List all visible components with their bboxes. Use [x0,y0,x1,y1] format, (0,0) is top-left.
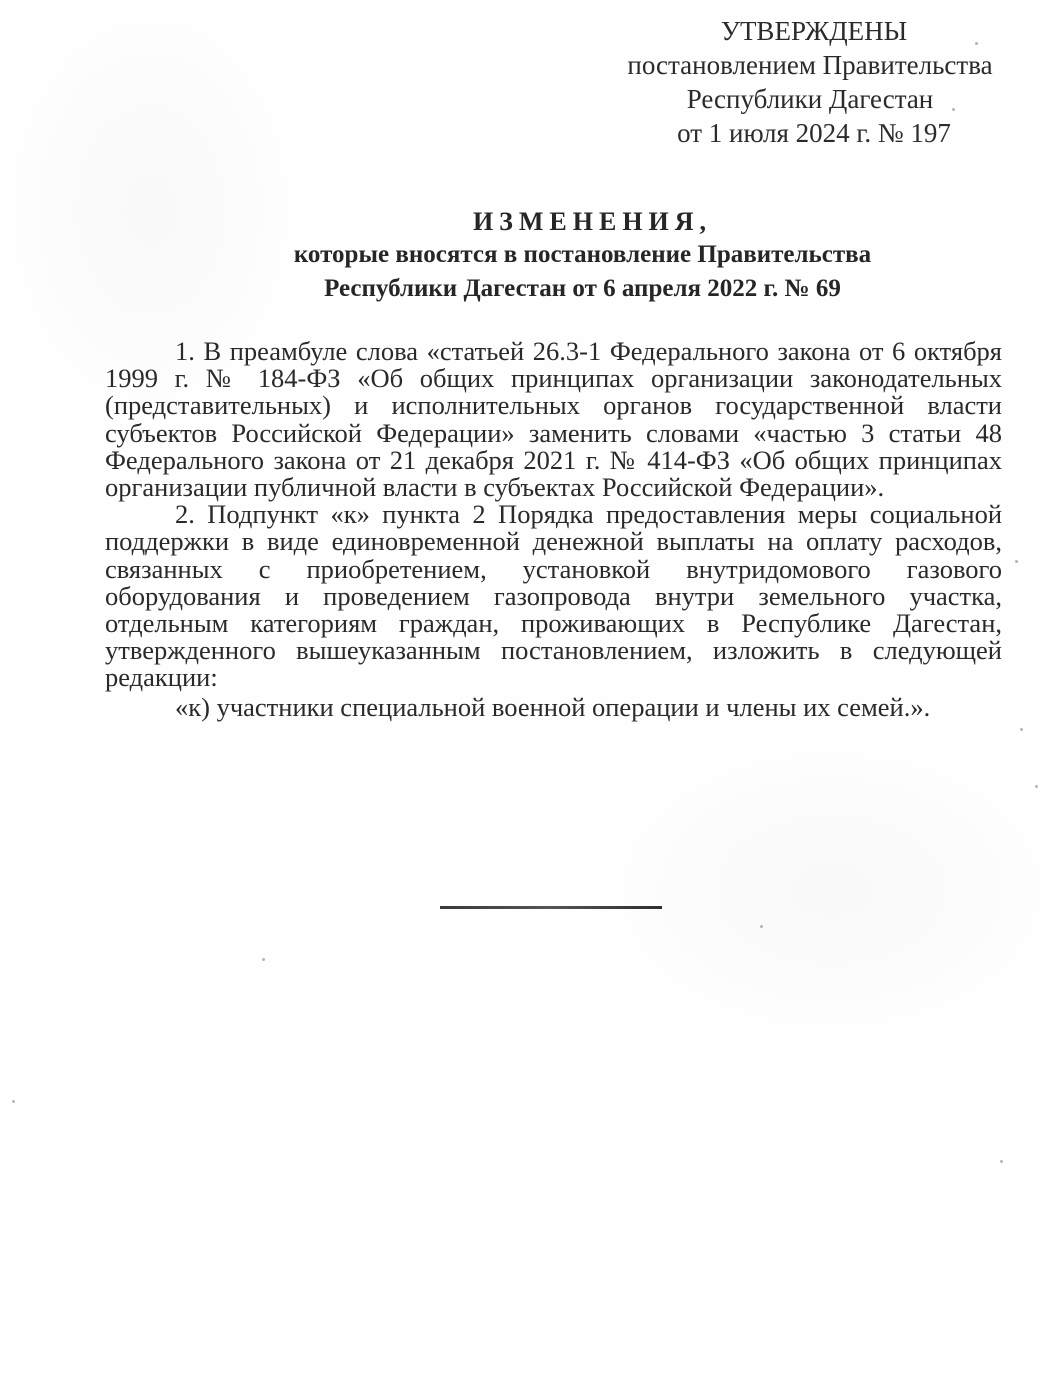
scan-speck [1035,785,1038,788]
approval-line: постановлением Правительства [600,48,1020,82]
document-body: 1. В преамбуле слова «статьей 26.3-1 Фед… [105,338,1002,721]
approval-line: Республики Дагестан [600,82,1020,116]
paragraph-quoted-subitem: «к) участники специальной военной операц… [105,694,1002,721]
document-title: ИЗМЕНЕНИЯ, которые вносятся в постановле… [250,206,915,306]
title-subtitle-line: Республики Дагестан от 6 апреля 2022 г. … [250,272,915,306]
paragraph-2: 2. Подпункт «к» пункта 2 Порядка предост… [105,501,1002,691]
scan-speck [1000,1160,1003,1163]
scan-speck [1020,728,1023,731]
document-page: УТВЕРЖДЕНЫ постановлением Правительства … [0,0,1062,1375]
end-separator-line [440,906,662,909]
scan-speck [760,925,763,928]
scan-speck [262,958,265,961]
scan-speck [952,108,955,111]
scan-speck [12,1100,15,1103]
approval-date-number: от 1 июля 2024 г. № 197 [600,116,1020,150]
approval-heading: УТВЕРЖДЕНЫ [600,14,1020,48]
paragraph-1: 1. В преамбуле слова «статьей 26.3-1 Фед… [105,338,1002,501]
title-heading: ИЗМЕНЕНИЯ, [250,206,915,238]
title-subtitle-line: которые вносятся в постановление Правите… [250,238,915,272]
scan-speck [1015,560,1018,563]
approval-stamp-block: УТВЕРЖДЕНЫ постановлением Правительства … [600,14,1020,150]
scan-speck [975,42,978,45]
scan-bleed-through [600,740,1062,1040]
